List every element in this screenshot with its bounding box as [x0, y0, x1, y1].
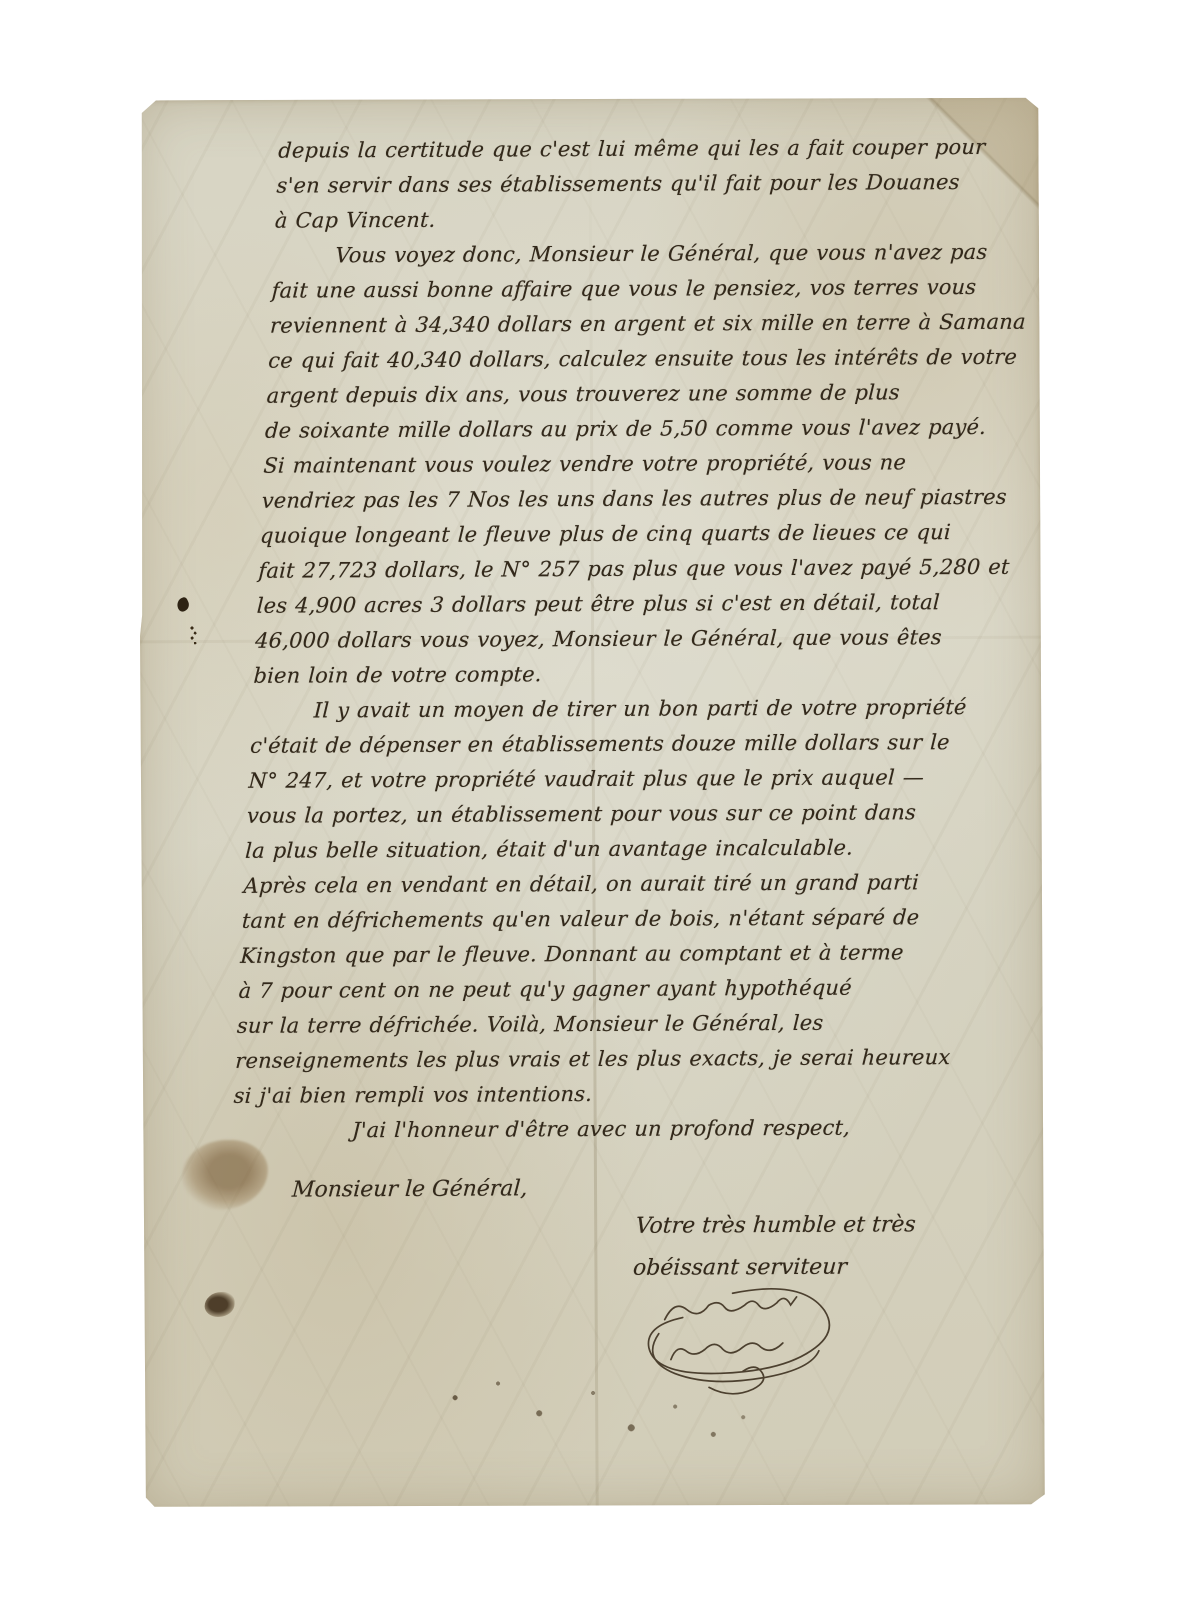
paper-stain [182, 1140, 268, 1210]
manuscript-line: quoique longeant le fleuve plus de cinq … [259, 515, 1017, 554]
manuscript-line: sur la terre défrichée. Voilà, Monsieur … [236, 1005, 994, 1044]
manuscript-line: 46,000 dollars vous voyez, Monsieur le G… [254, 620, 1012, 659]
manuscript-line: Si maintenant vous voulez vendre votre p… [263, 445, 1021, 484]
manuscript-line: la plus belle situation, était d'un avan… [244, 830, 1002, 869]
manuscript-line: reviennent à 34,340 dollars en argent et… [269, 305, 1027, 344]
manuscript-line: fait une aussi bonne affaire que vous le… [271, 270, 1029, 309]
manuscript-line: si j'ai bien rempli vos intentions. [233, 1075, 991, 1114]
manuscript-line: ce qui fait 40,340 dollars, calculez ens… [268, 340, 1026, 379]
scanned-letter-photo: { "meta": { "description": "Photograph o… [0, 0, 1200, 1600]
manuscript-line: N° 247, et votre propriété vaudrait plus… [248, 760, 1006, 799]
letter-page: depuis la certitude que c'est lui même q… [136, 96, 1045, 1511]
signature-flourish [612, 1274, 883, 1405]
manuscript-line: bien loin de votre compte. [253, 655, 1011, 694]
manuscript-line: renseignements les plus vrais et les plu… [235, 1040, 993, 1079]
manuscript-line: c'était de dépenser en établissements do… [249, 725, 1007, 764]
manuscript-line: à 7 pour cent on ne peut qu'y gagner aya… [238, 970, 996, 1009]
manuscript-line: s'en servir dans ses établissements qu'i… [276, 165, 1034, 204]
manuscript-line: les 4,900 acres 3 dollars peut être plus… [256, 585, 1014, 624]
manuscript-line: Après cela en vendant en détail, on aura… [243, 865, 1001, 904]
valediction-line: Votre très humble et très [634, 1204, 917, 1247]
manuscript-line: de soixante mille dollars au prix de 5,5… [264, 410, 1022, 449]
manuscript-line: Kingston que par le fleuve. Donnant au c… [239, 935, 997, 974]
manuscript-line: à Cap Vincent. [274, 200, 1032, 239]
ink-blot [205, 1292, 235, 1317]
manuscript-line: depuis la certitude que c'est lui même q… [277, 130, 1035, 169]
manuscript-line: vous la portez, un établissement pour vo… [246, 795, 1004, 834]
margin-ink-specks [189, 625, 197, 647]
manuscript-line: vendriez pas les 7 Nos les uns dans les … [261, 480, 1019, 519]
manuscript-line: argent depuis dix ans, vous trouverez un… [266, 375, 1024, 414]
manuscript-line: J'ai l'honneur d'être avec un profond re… [231, 1110, 989, 1149]
margin-ink-mark [175, 596, 191, 613]
salutation: Monsieur le Général, [291, 1176, 528, 1202]
manuscript-body: depuis la certitude que c'est lui même q… [231, 130, 1035, 1149]
manuscript-line: Il y avait un moyen de tirer un bon part… [251, 690, 1009, 729]
manuscript-line: Vous voyez donc, Monsieur le Général, qu… [272, 235, 1030, 274]
manuscript-line: fait 27,723 dollars, le N° 257 pas plus … [258, 550, 1016, 589]
manuscript-line: tant en défrichements qu'en valeur de bo… [241, 900, 999, 939]
